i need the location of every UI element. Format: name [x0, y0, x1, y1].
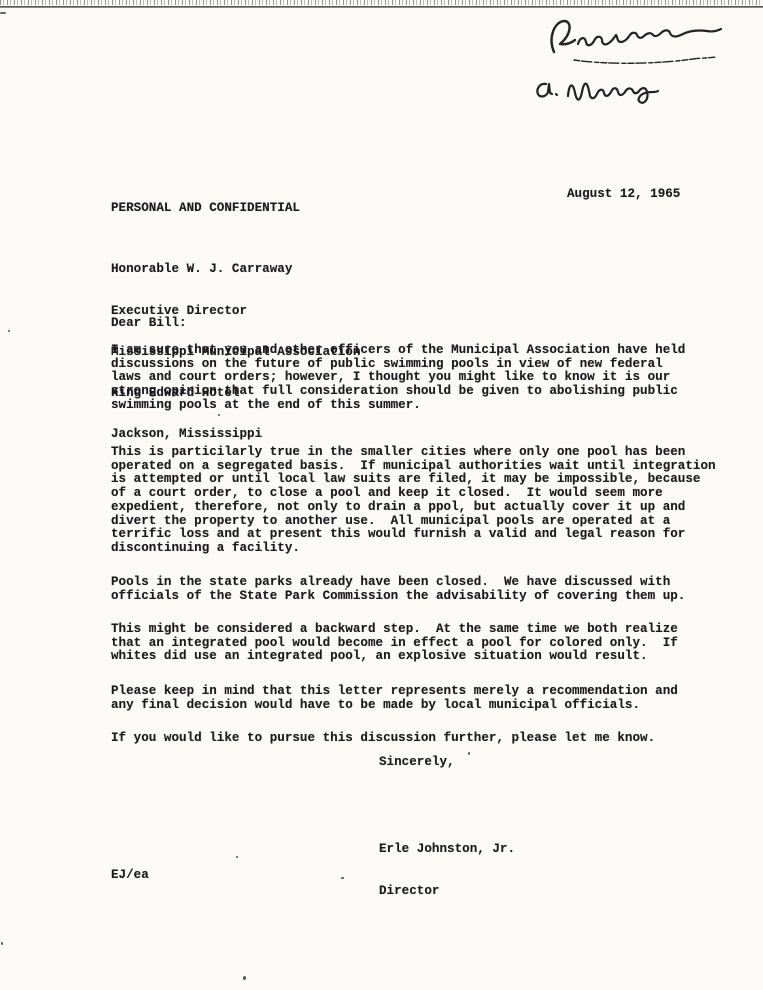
letter-date: August 12, 1965	[567, 188, 680, 202]
body-paragraph-4: This might be considered a backward step…	[111, 623, 678, 664]
scan-edge-artifact	[0, 0, 763, 10]
letter-page: August 12, 1965 PERSONAL AND CONFIDENTIA…	[0, 0, 763, 990]
scan-speck	[8, 330, 10, 332]
scan-speck	[1, 942, 3, 945]
scan-speck	[243, 976, 246, 980]
recipient-name: Honorable W. J. Carraway	[111, 263, 360, 277]
handwritten-annotation-personal	[538, 14, 723, 66]
scan-speck	[341, 877, 344, 879]
typist-reference: EJ/ea	[111, 869, 149, 883]
signer-title: Director	[379, 885, 515, 899]
body-paragraph-1: I am sure that you and other officers of…	[111, 344, 685, 413]
body-paragraph-6: If you would like to pursue this discuss…	[111, 732, 655, 746]
body-paragraph-2: This is particilarly true in the smaller…	[111, 446, 716, 556]
signature-block: Erle Johnston, Jr. Director	[379, 816, 515, 926]
recipient-city: Jackson, Mississippi	[111, 428, 360, 442]
scan-speck	[345, 588, 347, 590]
handwritten-annotation-initials	[520, 60, 720, 110]
classification-line: PERSONAL AND CONFIDENTIAL	[111, 202, 300, 216]
signer-name: Erle Johnston, Jr.	[379, 843, 515, 857]
scan-edge-mark	[0, 12, 6, 14]
closing: Sincerely,	[379, 756, 455, 770]
scan-speck	[468, 752, 470, 755]
scan-speck	[236, 856, 238, 858]
body-paragraph-3: Pools in the state parks already have be…	[111, 576, 685, 603]
body-paragraph-5: Please keep in mind that this letter rep…	[111, 685, 678, 712]
salutation: Dear Bill:	[111, 317, 187, 331]
scan-speck	[218, 414, 220, 416]
